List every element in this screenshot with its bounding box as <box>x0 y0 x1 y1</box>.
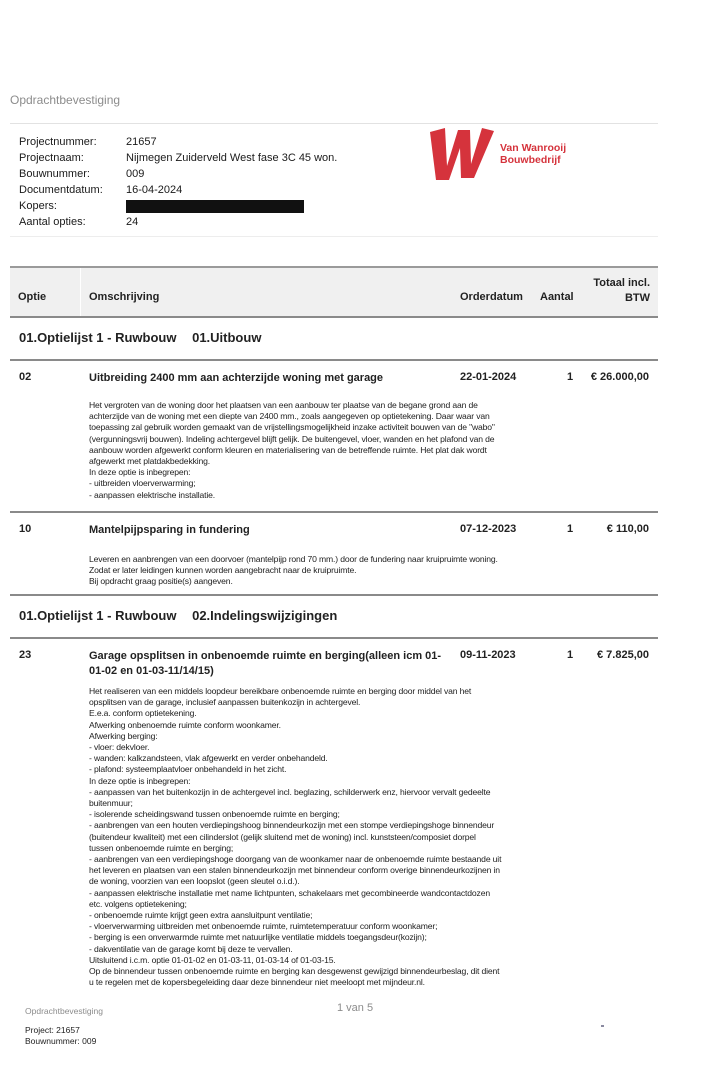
description-line: Leveren en aanbrengen van een doorvoer (… <box>89 554 534 565</box>
description-line: etc. volgens optietekening; <box>89 899 534 910</box>
cell-aantal: 1 <box>567 523 573 535</box>
description-line: In deze optie is inbegrepen: <box>89 467 534 478</box>
header-totaal-line2: BTW <box>593 291 650 306</box>
meta-value: 009 <box>126 166 144 182</box>
meta-value: 24 <box>126 214 138 230</box>
description-line: - berging is een onverwarmde ruimte met … <box>89 932 534 943</box>
cell-optie: 02 <box>19 371 31 383</box>
meta-label: Projectnummer: <box>19 134 126 150</box>
meta-row-kopers: Kopers: <box>19 198 337 214</box>
group-header: 01.Optielijst 1 - Ruwbouw 02.Indelingswi… <box>10 596 658 639</box>
description-line: - dakventilatie van de garage komt bij d… <box>89 944 534 955</box>
header-optie: Optie <box>18 291 46 303</box>
description-line: E.e.a. conform optietekening. <box>89 708 534 719</box>
cell-date: 07-12-2023 <box>460 523 516 535</box>
group-section: 02.Indelingswijzigingen <box>192 608 337 623</box>
cell-date: 22-01-2024 <box>460 371 516 383</box>
description-line: het leveren en plaatsen van een stalen b… <box>89 865 534 876</box>
header-orderdatum: Orderdatum <box>460 291 523 303</box>
group-list: 01.Optielijst 1 - Ruwbouw <box>19 608 176 623</box>
description-line: Zodat er later leidingen kunnen worden a… <box>89 565 534 576</box>
footer-bouwnummer: Bouwnummer: 009 <box>25 1036 96 1047</box>
meta-divider <box>10 236 658 237</box>
group-title: 01.Optielijst 1 - Ruwbouw 02.Indelingswi… <box>19 608 337 623</box>
description-line: u te regelen met de kopersbegeleiding da… <box>89 977 534 988</box>
footer-project: Project: 21657 <box>25 1025 96 1036</box>
cell-total: € 110,00 <box>607 523 649 535</box>
group-title: 01.Optielijst 1 - Ruwbouw 01.Uitbouw <box>19 330 261 345</box>
cell-aantal: 1 <box>567 371 573 383</box>
meta-value: 16-04-2024 <box>126 182 182 198</box>
cell-aantal: 1 <box>567 649 573 661</box>
title-divider <box>10 123 658 124</box>
description-line: - isolerende scheidingswand tussen onben… <box>89 809 534 820</box>
options-table: Optie Omschrijving Orderdatum Aantal Tot… <box>10 266 658 999</box>
description-line: Uitsluitend i.c.m. optie 01-01-02 en 01-… <box>89 955 534 966</box>
header-totaal-line1: Totaal incl. <box>593 276 650 291</box>
description-line: tussen onbenoemde ruimte en berging; <box>89 843 534 854</box>
description-line: toepassing zal gebruik worden gemaakt va… <box>89 422 534 433</box>
cell-optie: 10 <box>19 523 31 535</box>
page-indicator: 1 van 5 <box>337 1002 373 1014</box>
description-line: - wanden: kalkzandsteen, vlak afgewerkt … <box>89 753 534 764</box>
group-header: 01.Optielijst 1 - Ruwbouw 01.Uitbouw <box>10 318 658 361</box>
footer-title: Opdrachtbevestiging <box>25 1006 103 1016</box>
table-row: 02 Uitbreiding 2400 mm aan achterzijde w… <box>10 361 658 513</box>
company-logo: Van Wanrooij Bouwbedrijf <box>428 126 566 182</box>
description-line: Op de binnendeur tussen onbenoemde ruimt… <box>89 966 534 977</box>
scan-artifact <box>601 1025 604 1027</box>
cell-title: Garage opsplitsen in onbenoemde ruimte e… <box>89 649 449 679</box>
description-line: - vloer: dekvloer. <box>89 742 534 753</box>
logo-line-1: Van Wanrooij <box>500 142 566 154</box>
table-row: 23 Garage opsplitsen in onbenoemde ruimt… <box>10 639 658 999</box>
meta-label: Bouwnummer: <box>19 166 126 182</box>
description-line: Het vergroten van de woning door het pla… <box>89 400 534 411</box>
meta-label: Documentdatum: <box>19 182 126 198</box>
description-line: Afwerking berging: <box>89 731 534 742</box>
row-description: Leveren en aanbrengen van een doorvoer (… <box>89 554 534 588</box>
description-line: achterzijde van de woning met een diepte… <box>89 411 534 422</box>
logo-line-2: Bouwbedrijf <box>500 154 566 166</box>
cell-total: € 7.825,00 <box>597 649 649 661</box>
description-line: de woning, voorzien van een loopslot (ge… <box>89 876 534 887</box>
description-line: In deze optie is inbegrepen: <box>89 776 534 787</box>
table-row: 10 Mantelpijpsparing in fundering 07-12-… <box>10 513 658 596</box>
description-line: - onbenoemde ruimte krijgt geen extra aa… <box>89 910 534 921</box>
meta-row-aantal-opties: Aantal opties: 24 <box>19 214 337 230</box>
description-line: buitenmuur; <box>89 798 534 809</box>
description-line: aanbouw worden afgewerkt conform kleuren… <box>89 445 534 456</box>
meta-label: Kopers: <box>19 198 126 214</box>
meta-label: Aantal opties: <box>19 214 126 230</box>
cell-title: Uitbreiding 2400 mm aan achterzijde woni… <box>89 371 449 386</box>
meta-value: 21657 <box>126 134 157 150</box>
cell-optie: 23 <box>19 649 31 661</box>
header-omschrijving: Omschrijving <box>89 291 159 303</box>
footer-project-info: Project: 21657 Bouwnummer: 009 <box>25 1025 96 1047</box>
header-separator <box>80 268 81 316</box>
project-meta: Projectnummer: 21657 Projectnaam: Nijmeg… <box>19 134 337 230</box>
document-title: Opdrachtbevestiging <box>10 93 120 107</box>
meta-row-projectnummer: Projectnummer: 21657 <box>19 134 337 150</box>
cell-title: Mantelpijpsparing in fundering <box>89 523 449 538</box>
description-line: - plafond: systeemplaatvloer onbehandeld… <box>89 764 534 775</box>
header-totaal: Totaal incl. BTW <box>593 276 650 306</box>
description-line: (vergunningsvrij bouwen). Indeling achte… <box>89 434 534 445</box>
description-line: Het realiseren van een middels loopdeur … <box>89 686 534 697</box>
group-section: 01.Uitbouw <box>192 330 261 345</box>
redaction-bar <box>126 200 304 213</box>
description-line: - aanbrengen van een verdiepingshoge doo… <box>89 854 534 865</box>
description-line: Bij opdracht graag positie(s) aangeven. <box>89 576 534 587</box>
description-line: - aanpassen elektrische installatie. <box>89 490 534 501</box>
cell-total: € 26.000,00 <box>591 371 649 383</box>
meta-row-documentdatum: Documentdatum: 16-04-2024 <box>19 182 337 198</box>
description-line: - uitbreiden vloerverwarming; <box>89 478 534 489</box>
description-line: - vloerverwarming uitbreiden met onbenoe… <box>89 921 534 932</box>
description-line: opsplitsen van de garage, inclusief aanp… <box>89 697 534 708</box>
meta-row-bouwnummer: Bouwnummer: 009 <box>19 166 337 182</box>
description-line: - aanpassen van het buitenkozijn in de a… <box>89 787 534 798</box>
group-list: 01.Optielijst 1 - Ruwbouw <box>19 330 176 345</box>
description-line: - aanpassen elektrische installatie met … <box>89 888 534 899</box>
logo-wordmark: Van Wanrooij Bouwbedrijf <box>500 142 566 166</box>
description-line: Afwerking onbenoemde ruimte conform woon… <box>89 720 534 731</box>
meta-value: Nijmegen Zuiderveld West fase 3C 45 won. <box>126 150 337 166</box>
redacted-buyers <box>126 198 304 214</box>
row-description: Het realiseren van een middels loopdeur … <box>89 686 534 988</box>
meta-label: Projectnaam: <box>19 150 126 166</box>
meta-row-projectnaam: Projectnaam: Nijmegen Zuiderveld West fa… <box>19 150 337 166</box>
header-aantal: Aantal <box>540 291 574 303</box>
w-logo-icon <box>428 126 494 182</box>
row-description: Het vergroten van de woning door het pla… <box>89 400 534 501</box>
description-line: afgewerkt met platdakbedekking. <box>89 456 534 467</box>
table-header: Optie Omschrijving Orderdatum Aantal Tot… <box>10 266 658 318</box>
description-line: (buitendeur kwaliteit) met een cilinders… <box>89 832 534 843</box>
description-line: - aanbrengen van een houten verdiepingsh… <box>89 820 534 831</box>
cell-date: 09-11-2023 <box>460 649 516 661</box>
